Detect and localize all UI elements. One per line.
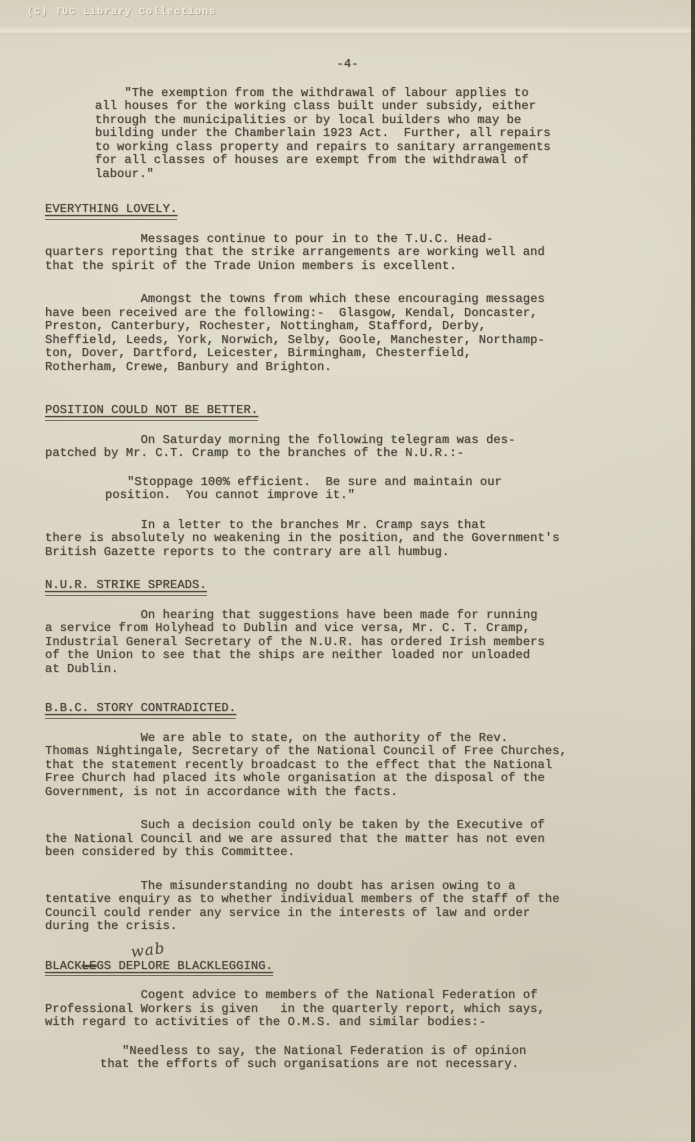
section-heading-nur-strike: N.U.R. STRIKE SPREADS. xyxy=(45,579,650,593)
heading-part-suffix: GS DEPLORE BLACKLEGGING. xyxy=(96,959,272,973)
section-heading-blacklegs: wabBLACKLEGS DEPLORE BLACKLEGGING. xyxy=(45,960,650,974)
heading-part-struck-letters: LE xyxy=(82,959,97,973)
heading-part-prefix: BLACK xyxy=(45,959,82,973)
paragraph-towns-list: Amongst the towns from which these encou… xyxy=(45,293,650,374)
scan-edge-shadow xyxy=(691,0,695,1142)
paragraph-holyhead-dublin: On hearing that suggestions have been ma… xyxy=(45,609,650,677)
heading-text: N.U.R. STRIKE SPREADS. xyxy=(45,578,207,596)
page-number: -4- xyxy=(45,58,650,72)
section-heading-position: POSITION COULD NOT BE BETTER. xyxy=(45,404,650,418)
heading-text: EVERYTHING LOVELY. xyxy=(45,202,177,220)
heading-text: B.B.C. STORY CONTRADICTED. xyxy=(45,701,236,719)
quote-needless-to-say: "Needless to say, the National Federatio… xyxy=(100,1045,650,1072)
section-heading-everything-lovely: EVERYTHING LOVELY. xyxy=(45,203,650,217)
paragraph-messages: Messages continue to pour in to the T.U.… xyxy=(45,233,650,274)
paragraph-telegram-intro: On Saturday morning the following telegr… xyxy=(45,434,650,461)
paragraph-cogent-advice: Cogent advice to members of the National… xyxy=(45,989,650,1030)
paragraph-executive-decision: Such a decision could only be taken by t… xyxy=(45,819,650,860)
page-content: -4- "The exemption from the withdrawal o… xyxy=(45,58,650,1072)
paragraph-nightingale: We are able to state, on the authority o… xyxy=(45,732,650,800)
paragraph-cramp-letter: In a letter to the branches Mr. Cramp sa… xyxy=(45,519,650,560)
section-heading-bbc-story: B.B.C. STORY CONTRADICTED. xyxy=(45,702,650,716)
handwritten-correction: wab xyxy=(130,941,166,959)
paper-crease xyxy=(0,26,695,36)
quote-stoppage-telegram: "Stoppage 100% efficient. Be sure and ma… xyxy=(105,476,650,503)
quote-exemption-paragraph: "The exemption from the withdrawal of la… xyxy=(95,87,650,182)
heading-text: POSITION COULD NOT BE BETTER. xyxy=(45,403,258,421)
scanned-document-page: (C) TUC Library Collections -4- "The exe… xyxy=(0,0,695,1142)
library-watermark: (C) TUC Library Collections xyxy=(27,7,216,18)
paragraph-misunderstanding: The misunderstanding no doubt has arisen… xyxy=(45,880,650,934)
heading-text: BLACKLEGS DEPLORE BLACKLEGGING. xyxy=(45,959,273,977)
